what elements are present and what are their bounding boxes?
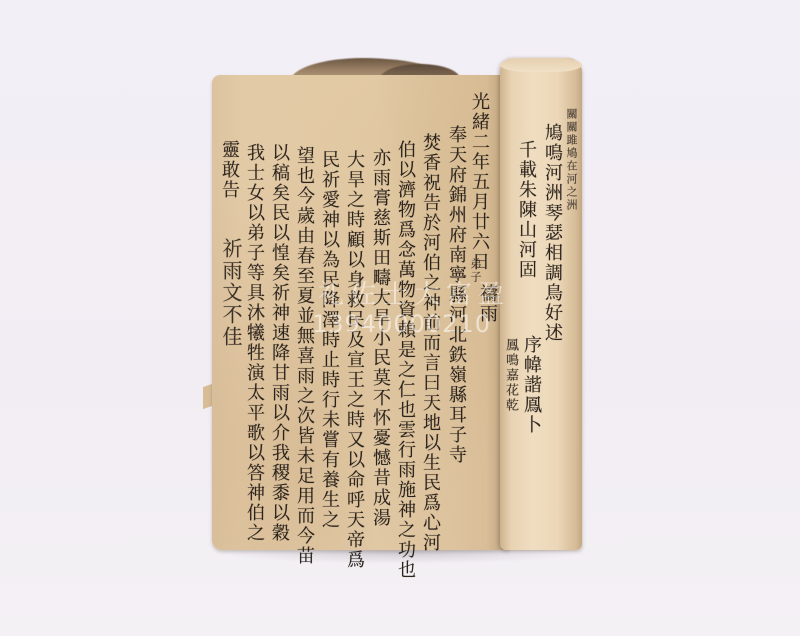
text-column-10: 我士女以弟子等具沐犧牲演太平歌以答神伯之 <box>245 143 263 543</box>
text-column-title: 祈雨文不佳 <box>221 238 241 348</box>
scroll-text-column-faint: 關關雎鳩在河之洲 <box>566 108 577 212</box>
text-column-3: 焚香祝告於河伯之神前而言曰天地以生民爲心河 <box>421 133 439 553</box>
text-column-date: 光緒二年五月廿六日 <box>470 92 488 272</box>
scroll-top-edge <box>500 58 582 72</box>
side-note-disciples: 弟子 <box>470 258 481 284</box>
scroll-text-column-1: 鳩鳴河洲琴瑟相調鳥好述 <box>543 123 561 343</box>
side-note-pray-rain: 禱雨 <box>478 284 496 324</box>
text-column-4: 伯以濟物爲念萬物資賴是之仁也雲行雨施神之功也 <box>396 140 414 580</box>
scroll-text-column-2: 千載朱陳山河固 <box>517 140 535 280</box>
text-column-5: 亦雨膏慈斯田疇大旱小民莫不怀憂憾昔成湯 <box>371 148 389 528</box>
text-column-7: 民祈愛神以為民降澤時止時行未嘗有養生之 <box>320 150 338 530</box>
photo-stage: 光緒二年五月廿六日 奉天府錦州府南寧縣河北鉄嶺縣耳子寺 焚香祝告於河伯之神前而言… <box>0 0 800 636</box>
scroll-text-column-3: 序幃諧鳳卜 <box>522 335 540 435</box>
text-column-2: 奉天府錦州府南寧縣河北鉄嶺縣耳子寺 <box>447 125 465 465</box>
text-column-8: 望也今歲由春至夏並無喜雨之次皆未足用而今苗 <box>295 146 313 566</box>
text-column-6: 大旱之時顧以身救民及宣王之時又以命呼天帝爲 <box>345 150 363 570</box>
text-column-11: 靈敢告 <box>220 140 238 200</box>
text-column-9: 以稿矣民以惶矣祈神速降甘雨以介我稷黍以穀 <box>270 143 288 543</box>
scroll-text-column-4: 鳳鳴嘉花乾 <box>504 338 517 413</box>
